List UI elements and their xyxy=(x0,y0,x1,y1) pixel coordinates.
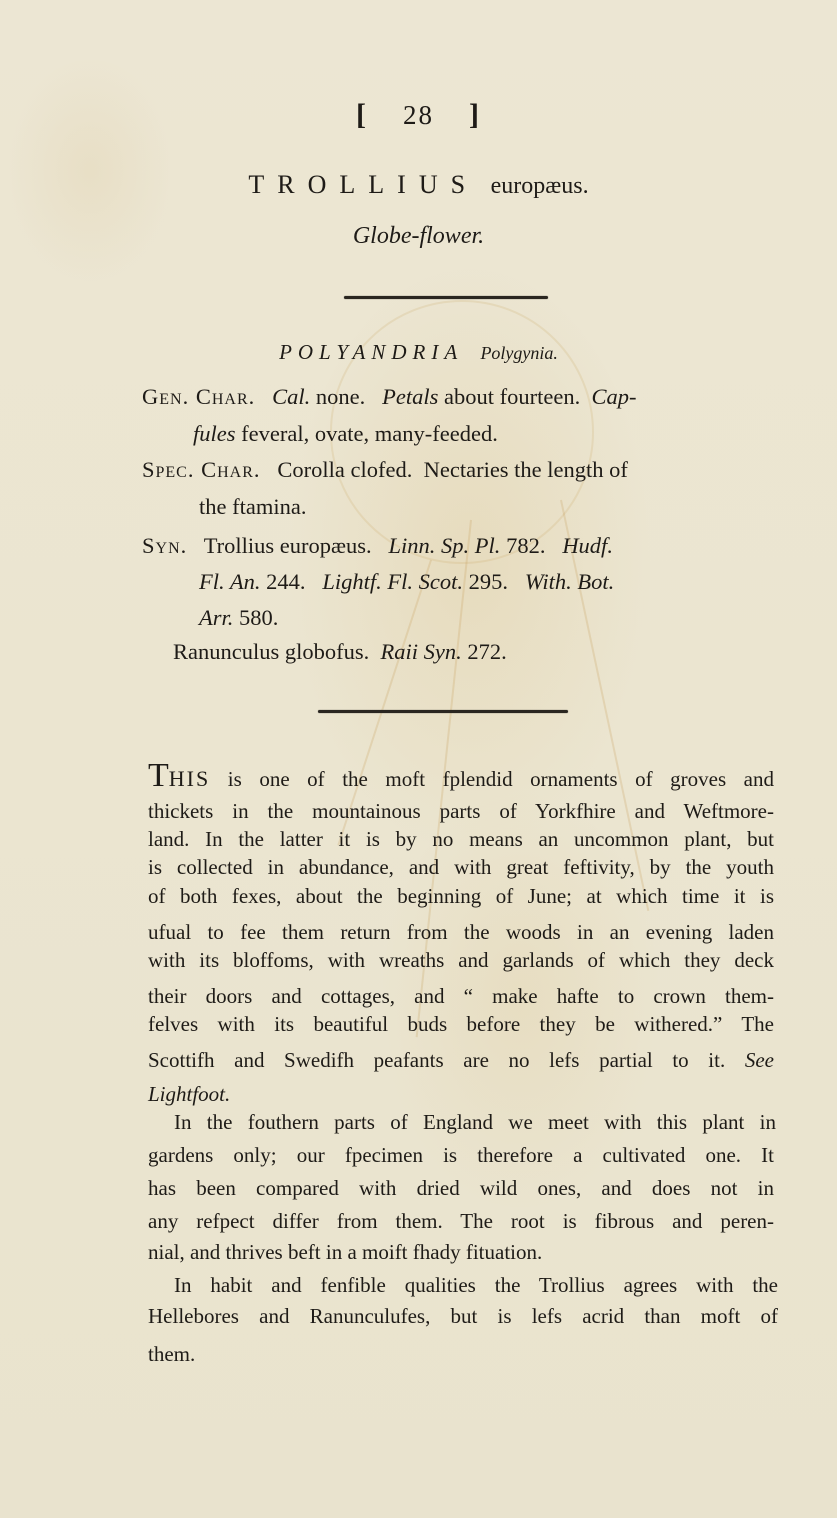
gen-char-text: about fourteen. xyxy=(438,384,591,409)
specific-character-cont: the ftamina. xyxy=(199,496,306,519)
syn-text: Trollius europæus. xyxy=(204,533,389,558)
generic-character: Gen. Char. Cal. none. Petals about fourt… xyxy=(142,386,636,409)
synonymy-cont: Fl. An. 244. Lightf. Fl. Scot. 295. With… xyxy=(199,571,614,594)
order-name: Polygynia. xyxy=(480,343,557,363)
gen-char-text: fules xyxy=(193,421,236,446)
spec-char-text: the ftamina. xyxy=(199,494,306,519)
book-page: [ 28 ] TROLLIUS europæus. Globe-flower. … xyxy=(0,0,837,1518)
body-line: any refpect differ from them. The root i… xyxy=(148,1211,774,1232)
body-line: is collected in abundance, and with grea… xyxy=(148,857,774,878)
gen-char-text: Cap- xyxy=(591,384,636,409)
cross-reference: See xyxy=(745,1048,774,1072)
body-text: Scottifh and Swedifh peafants are no lef… xyxy=(148,1048,725,1072)
syn-citation: Hudf. xyxy=(562,533,613,558)
synonymy: Syn. Trollius europæus. Linn. Sp. Pl. 78… xyxy=(142,535,613,558)
body-line: THIS is one of the moft fplendid ornamen… xyxy=(148,762,774,790)
syn-citation: Lightf. Fl. Scot. xyxy=(322,569,463,594)
syn-text: 272. xyxy=(462,639,507,664)
syn-citation: With. Bot. xyxy=(525,569,614,594)
body-line: land. In the latter it is by no means an… xyxy=(148,829,774,850)
generic-character-cont: fules feveral, ovate, many-feeded. xyxy=(193,423,498,446)
body-line: Hellebores and Ranunculufes, but is lefs… xyxy=(148,1306,778,1327)
syn-text: 244. xyxy=(260,569,322,594)
syn-text: 580. xyxy=(233,605,278,630)
class-name: POLYANDRIA xyxy=(279,340,463,364)
body-text: In habit and fenfible qualities the Trol… xyxy=(174,1273,778,1297)
bracket-close: ] xyxy=(469,98,481,131)
body-line: them. xyxy=(148,1344,774,1365)
species-epithet: europæus. xyxy=(491,173,589,199)
synonymy-alt: Ranunculus globofus. Raii Syn. 272. xyxy=(173,641,507,664)
body-line: ufual to fee them return from the woods … xyxy=(148,922,774,943)
body-line: thickets in the mountainous parts of Yor… xyxy=(148,801,774,822)
genus-name: TROLLIUS xyxy=(248,170,478,199)
body-line: of both fexes, about the beginning of Ju… xyxy=(148,886,774,907)
syn-citation: Raii Syn. xyxy=(381,639,462,664)
synonymy-cont: Arr. 580. xyxy=(199,607,278,630)
gen-char-text: Petals xyxy=(382,384,438,409)
body-line: Lightfoot. xyxy=(148,1084,774,1105)
syn-label: Syn. xyxy=(142,533,187,558)
gen-char-text: Cal. xyxy=(272,384,310,409)
body-text: is one of the moft fplendid ornaments of… xyxy=(210,767,774,791)
page-number-value: 28 xyxy=(403,100,434,130)
body-line: has been compared with dried wild ones, … xyxy=(148,1178,774,1199)
page-number: [ 28 ] xyxy=(0,98,837,132)
body-line: with its bloffoms, with wreaths and garl… xyxy=(148,950,774,971)
linnaean-classification: POLYANDRIA Polygynia. xyxy=(0,340,837,365)
opening-caps: HIS xyxy=(169,766,210,791)
body-line: felves with its beautiful buds before th… xyxy=(148,1014,774,1035)
body-line: Scottifh and Swedifh peafants are no lef… xyxy=(148,1050,774,1071)
syn-citation: Arr. xyxy=(199,605,233,630)
bracket-open: [ xyxy=(356,98,368,131)
spec-char-text: Corolla clofed. Nectaries the length of xyxy=(277,457,628,482)
syn-text: Ranunculus globofus. xyxy=(173,639,381,664)
syn-citation: Fl. An. xyxy=(199,569,260,594)
body-text: In the fouthern parts of England we meet… xyxy=(174,1110,776,1134)
species-title: TROLLIUS europæus. xyxy=(0,170,837,200)
body-line: gardens only; our fpecimen is therefore … xyxy=(148,1145,774,1166)
gen-char-label: Gen. Char. xyxy=(142,384,255,409)
common-name: Globe-flower. xyxy=(0,223,837,250)
body-line: their doors and cottages, and “ make haf… xyxy=(148,986,774,1007)
divider-rule xyxy=(318,710,568,713)
body-line: nial, and thrives beft in a moift fhady … xyxy=(148,1242,774,1263)
divider-rule xyxy=(344,296,548,299)
gen-char-text: feveral, ovate, many-feeded. xyxy=(236,421,498,446)
syn-citation: Linn. Sp. Pl. xyxy=(389,533,501,558)
spec-char-label: Spec. Char. xyxy=(142,457,261,482)
syn-text: 782. xyxy=(500,533,562,558)
cross-reference: Lightfoot. xyxy=(148,1082,230,1106)
gen-char-text: none. xyxy=(310,384,382,409)
body-line: In habit and fenfible qualities the Trol… xyxy=(174,1275,778,1296)
drop-cap: T xyxy=(148,757,169,794)
body-line: In the fouthern parts of England we meet… xyxy=(174,1112,776,1133)
syn-text: 295. xyxy=(463,569,525,594)
specific-character: Spec. Char. Corolla clofed. Nectaries th… xyxy=(142,459,628,482)
